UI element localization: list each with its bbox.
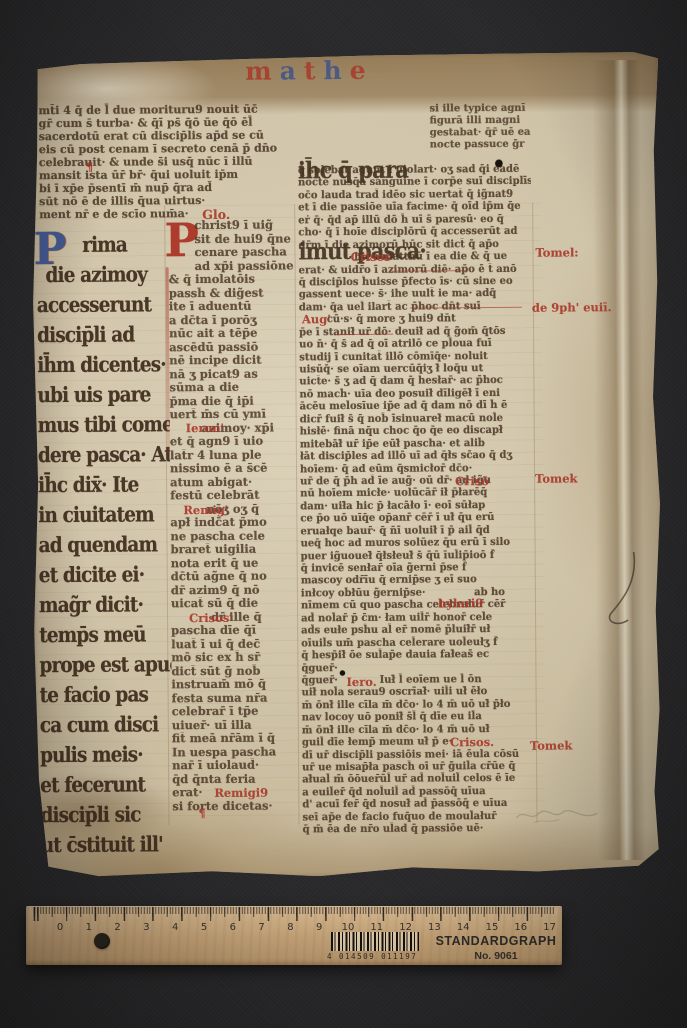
ruler-hole — [94, 933, 110, 949]
manuscript-line: dere pasca· At — [38, 439, 170, 470]
manuscript-line: celebrar̄ ī tp̄e — [172, 704, 298, 718]
manuscript-line: In uespa pascha — [172, 745, 298, 759]
manuscript-line: ubi uis pare — [37, 379, 169, 410]
manuscript-line: sūma a die — [169, 380, 295, 394]
edge-tear-fiber — [594, 550, 655, 640]
ruler-brand: STANDARDGRAPH — [430, 934, 562, 948]
paraph-mark: ¶ — [86, 160, 93, 174]
manuscript-line: festa suma nr̄a — [172, 691, 298, 705]
manuscript-line: ca cum disci — [40, 709, 172, 740]
ruler-cm-label: 3 — [143, 922, 149, 933]
manuscript-line: d' acuī fer̄ q̄d nosuł̄ ad̄ p̄assōq̄ e u… — [302, 797, 535, 811]
ruler-cm-label: 0 — [57, 922, 63, 933]
manuscript-line: ad xp̄i passiōne — [195, 259, 295, 273]
manuscript-line: mō sic ex h̄ sr̄ — [171, 650, 297, 664]
manuscript-line: instruam̄ mō q̄ — [171, 677, 297, 691]
margin-note: de 9ph' euiī. — [532, 300, 612, 315]
manuscript-line: nūc ait a tēp̄e — [169, 326, 295, 340]
running-title-letter: t — [304, 56, 316, 85]
rubric-crisostomus-4: Crisos. — [450, 735, 494, 749]
manuscript-line: uiuer̄· uī illa — [172, 718, 298, 732]
manuscript-line: et q̄ agn9 ī uio — [170, 434, 296, 448]
running-title: mathe — [245, 56, 374, 86]
ruler-cm-label: 2 — [114, 922, 120, 933]
gloss-right-column: q̄ solebat agunt ī uiolart· oʒ sad q̄i e… — [298, 163, 535, 836]
manuscript-line: lat̄r 4 luna ple — [170, 448, 296, 462]
manuscript-line: gestabat· q̄r̄ uē ea — [430, 126, 562, 139]
manuscript-line: ite ī aduentū — [169, 299, 295, 313]
rubric-crisostomus-2: Crisos' — [189, 611, 233, 625]
margin-note: Tomel: — [535, 245, 578, 259]
ruler-halfcm-ticks — [32, 907, 554, 917]
manuscript-line: te facio pas — [39, 679, 171, 710]
manuscript-line: uicat̄ sū q̄ die — [171, 596, 297, 610]
manuscript-line: & q̄ imolatōis — [169, 272, 295, 286]
manuscript-line: fit̄ meā nr̄ām ī q̄ — [172, 731, 298, 745]
manuscript-line: dict̄ sūt ḡ nob̄ — [171, 664, 297, 678]
manuscript-line: in ciuitatem — [38, 499, 170, 530]
manuscript-line: figurā illi magni — [430, 114, 562, 127]
barcode-digits: 4 014509 011197 — [327, 952, 423, 961]
manuscript-line: ał̄ual̄ m̄ ōōuer̄ūl̄ ur̄ ad̄ nol̄uil̄ ce… — [302, 772, 535, 786]
manuscript-line: cho· q̄ ī hoīe disciplōrū q̄ accesserūt … — [298, 225, 531, 239]
ruler-cm-label: 1 — [86, 922, 92, 933]
paraph-mark: ¶ — [198, 806, 205, 820]
rubric-crisostomus-3: Crisō — [455, 474, 489, 488]
manuscript-line: si forte dicetas· — [172, 799, 298, 813]
manuscript-line: festū celebrāt — [170, 488, 296, 502]
gospel-text-column: rimadie azimoyaccesseruntdiscip̄li adih̄… — [36, 229, 172, 860]
manuscript-line: mus tibi come — [38, 409, 170, 440]
manuscript-line: ne pascha cele — [170, 529, 296, 543]
manuscript-line: pulis meis· — [40, 739, 172, 770]
manuscript-line: pascha dīe q̄ī — [171, 623, 297, 637]
manuscript-line: discip̄li ad — [37, 319, 169, 350]
manuscript-line: p̄e ī stanił̄ ur̄ dō· deuił̄ ad q̄ g̃om̄… — [299, 324, 532, 338]
running-title-letter: e — [350, 56, 366, 85]
running-title-letter: a — [280, 56, 296, 85]
ink-blot — [495, 159, 503, 168]
ruler-cm-label: 15 — [486, 922, 499, 933]
faint-inscription — [513, 804, 605, 827]
manuscript-line: temp̄s meū — [39, 619, 171, 650]
manuscript-line: ad quendam — [38, 529, 170, 560]
manuscript-line: p̄ma die q̄ ip̄i — [170, 394, 296, 408]
manuscript-line: q̄ m̄ ēa de nr̄o ul̄ad q̄ passiōe uē· — [303, 822, 536, 836]
manuscript-line: passh̄ & dig̃est — [169, 286, 295, 300]
manuscript-line: nocte passuce ḡr — [430, 138, 562, 151]
manuscript-line: a dc̄ta ī porōʒ — [169, 313, 295, 327]
ruler-cm-label: 5 — [201, 922, 207, 933]
manuscript-line: accesserunt — [37, 289, 169, 320]
ruler-cm-label: 17 — [543, 922, 556, 933]
manuscript-line: ih̄c dix̄· Ite — [38, 469, 170, 500]
ruler-cm-label: 9 — [316, 922, 322, 933]
page-fold-crease — [592, 60, 646, 860]
ruler-mm-ticks — [32, 907, 554, 914]
gloss-right-top: si ille typice agnīfigurā illi magnigest… — [429, 102, 561, 151]
manuscript-line: q̄ discip̄los h̄uisse p̄fecto īs· cū sin… — [299, 275, 532, 289]
ruler-cm-label: 13 — [428, 922, 441, 933]
manuscript-line: ueq̄ hoc ad muros solūez q̄u erū ī silo — [301, 536, 534, 550]
manuscript-line: q̄d q̄nta feria — [172, 772, 298, 786]
ruler-model: No. 9061 — [430, 950, 562, 962]
manuscript-line: nar̄ ī uiolaud̄· — [172, 758, 298, 772]
manuscript-line: uert̄ m̄s cū ymī — [170, 407, 296, 421]
manuscript-page: mathe mt̄i 4 q̄ de l̄ due morituru9 noui… — [30, 52, 664, 878]
ink-blot — [339, 670, 345, 676]
manuscript-line: m̄ ōnł̄ ille cīla m̄ dc̄o· lo 4 m̄ uō uł… — [302, 698, 535, 712]
rubric-augustinus: Aug' — [302, 312, 331, 326]
manuscript-line: nā ʒ picat9 as — [169, 367, 295, 381]
rubric-ieronimus: Ieron' — [186, 421, 224, 435]
ruler-cm-label: 4 — [172, 922, 178, 933]
gloss-middle-top: christ9 ī uig̃sit de hui9 q̄necenare pas… — [194, 218, 294, 273]
rubric-hilarius: hylari9 — [438, 596, 483, 610]
photo-background: mathe mt̄i 4 q̄ de l̄ due morituru9 noui… — [0, 0, 687, 1028]
barcode: 4 014509 011197 — [327, 932, 423, 962]
rubric-ieronimus-2: Iero. — [346, 675, 376, 689]
manuscript-line: łāt discip̄les ad illō uī ad q̄łs sc̄ao … — [300, 449, 533, 463]
manuscript-line: eis cū post cenam ī secreto cenā p̄ dn̄o — [39, 141, 301, 156]
manuscript-line: ascēdū passiō — [169, 340, 295, 354]
manuscript-line: nota erit q̄ ue — [171, 556, 297, 570]
manuscript-line: ut c̄stituit ill' — [41, 829, 173, 860]
manuscript-line: braret̄ uigilia — [171, 542, 297, 556]
margin-note: Tomek — [530, 738, 572, 752]
manuscript-line: atum abigat· — [170, 475, 296, 489]
manuscript-line: nē incipe dicit — [169, 353, 295, 367]
manuscript-line: luat̄ ī ui q̄ dec̄ — [171, 637, 297, 651]
ruler-cm-label: 7 — [258, 922, 264, 933]
manuscript-line: cenare pascha — [194, 245, 294, 259]
margin-note: Tomek — [535, 471, 577, 485]
running-title-letter: h — [323, 56, 341, 85]
ruler-cm-label: 8 — [287, 922, 293, 933]
manuscript-line: mag̃r dicit· — [39, 589, 171, 620]
rubric-remigius: Remig' — [183, 503, 228, 517]
gloss-middle-column: & q̄ imolatōispassh̄ & dig̃estite ī adue… — [169, 272, 299, 813]
ruler-cm-label: 14 — [457, 922, 470, 933]
manuscript-line: si ille typice agnī — [429, 102, 561, 115]
manuscript-line: die azimoy — [37, 259, 169, 290]
manuscript-line: hic ī matth̄ū ī ea die & q̄ ue — [299, 250, 532, 264]
rubric-remigius-2: Remigi9 — [214, 786, 268, 800]
manuscript-line: apł̄ indc̄at p̄mo — [170, 515, 296, 529]
manuscript-line: ih̄m dicentes· — [37, 349, 169, 380]
manuscript-line: discip̄li sic — [40, 799, 172, 830]
manuscript-line: sit de hui9 q̄ne — [194, 232, 294, 246]
ruler-cm-label: 6 — [230, 922, 236, 933]
manuscript-line: et dicite ei· — [39, 559, 171, 590]
ruler-cm-label: 16 — [514, 922, 527, 933]
manuscript-line: prope est apud — [39, 649, 171, 680]
intro-paragraph: mt̄i 4 q̄ de l̄ due morituru9 nouit ūc̄g… — [38, 102, 301, 221]
manuscript-line: dr̄ azim9 q̄ nō — [171, 583, 297, 597]
manuscript-line: rima — [36, 229, 168, 260]
rubric-crisostomus: Crisos — [350, 250, 390, 264]
manuscript-line: nīmem cū quo pascha celebrałur̄ cēr̄ — [301, 598, 534, 612]
manuscript-line: nissimo ē a s̄cē — [170, 461, 296, 475]
rubric-glossa: Glo. — [202, 207, 230, 222]
ruler-cm-ticks — [32, 907, 554, 921]
running-title-letter: m — [245, 57, 272, 86]
manuscript-line: et fecerunt — [40, 769, 172, 800]
manuscript-line: hisłē· finā nq̄u choc q̄o q̄e eo discapł… — [300, 424, 533, 438]
manuscript-line: dc̄tū ag̃ne q̄ no — [171, 569, 297, 583]
barcode-bars — [331, 932, 419, 951]
ruler: 01234567891011121314151617 4 014509 0111… — [26, 906, 562, 965]
